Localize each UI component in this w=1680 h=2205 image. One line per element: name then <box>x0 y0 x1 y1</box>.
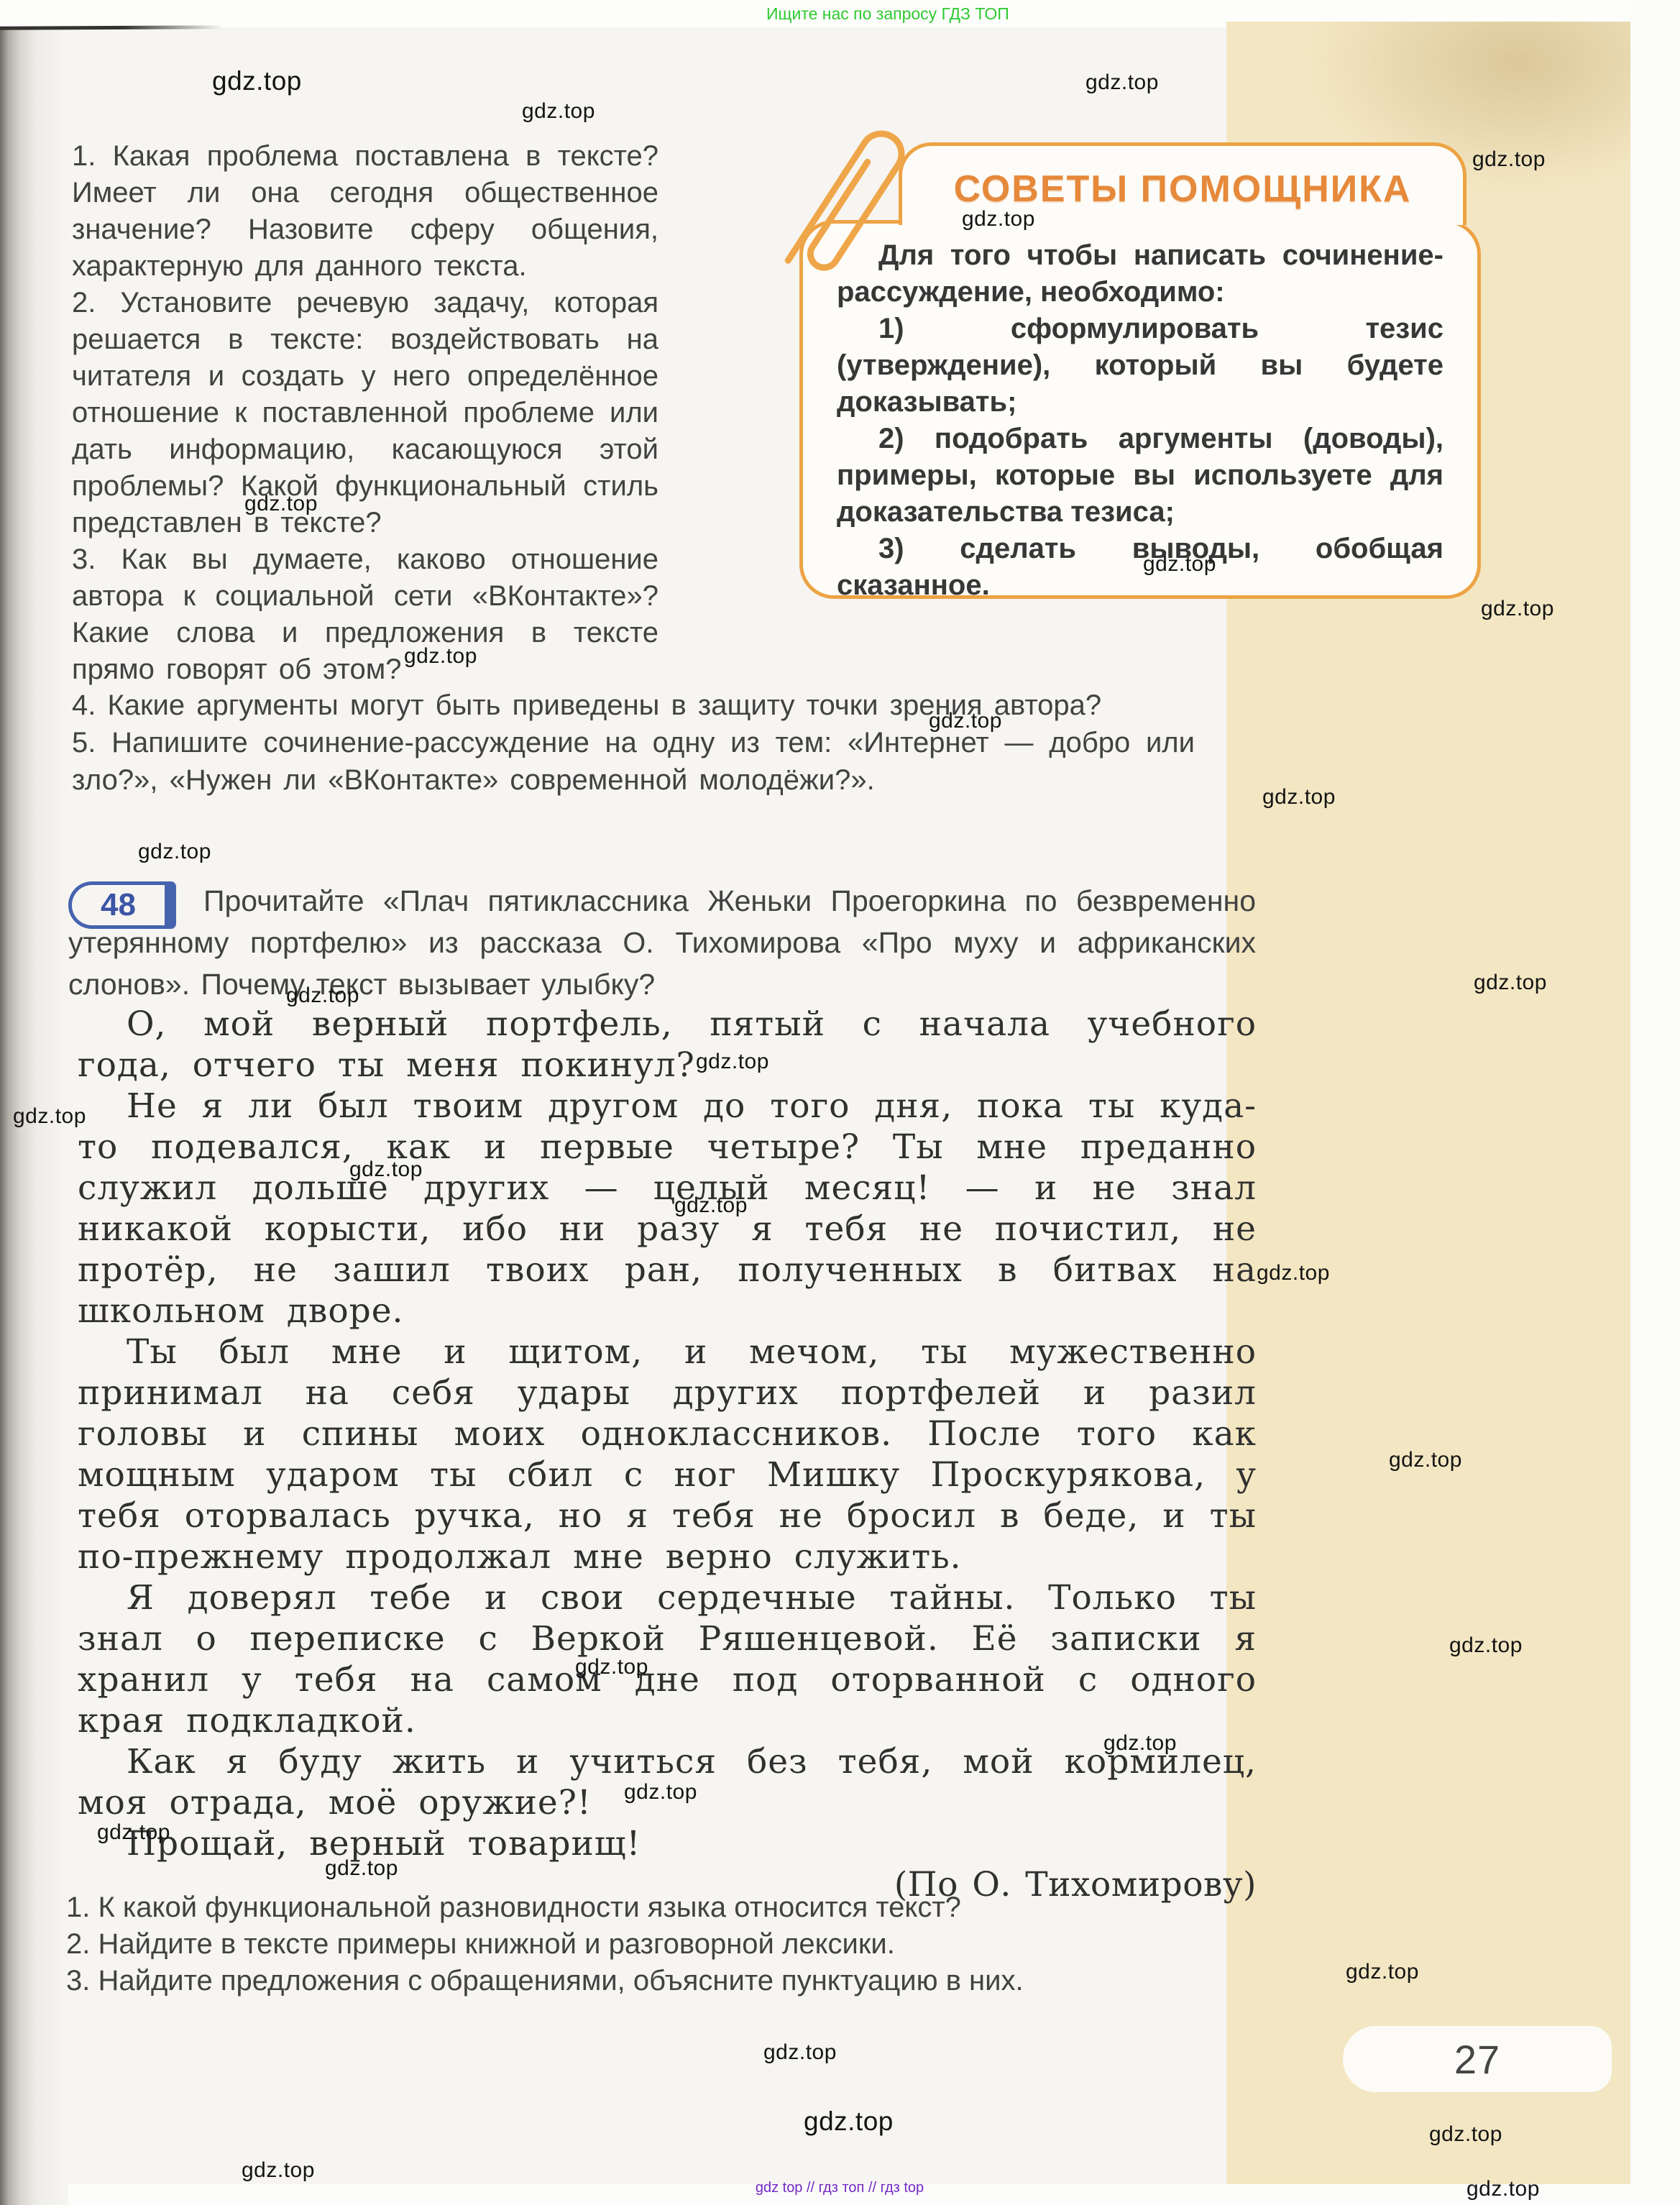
question-item: 2. Найдите в тексте примеры книжной и ра… <box>66 1926 1288 1963</box>
helper-box-body: Для того чтобы написать сочинение-рассуж… <box>837 237 1443 604</box>
watermark: gdz.top <box>1429 2122 1502 2147</box>
watermark: gdz.top <box>1262 785 1336 810</box>
helper-box-item: 1) сформулировать тезис (утверждение), к… <box>837 311 1443 421</box>
watermark: gdz.top <box>522 99 595 124</box>
question-item: 2. Установите речевую задачу, которая ре… <box>72 285 658 541</box>
watermark: gdz.top <box>1466 2177 1540 2201</box>
helper-box-item: 3) сделать выводы, обобщая сказанное. <box>837 531 1443 604</box>
helper-box-item: 2) подобрать аргументы (доводы), примеры… <box>837 421 1443 531</box>
question-item: 1. Какая проблема поставлена в тексте? И… <box>72 138 658 285</box>
question-item: 3. Как вы думаете, каково отношение авто… <box>72 541 658 688</box>
reading-paragraph: Прощай, верный товарищ! <box>78 1823 1257 1864</box>
watermark: gdz.top <box>1449 1633 1523 1658</box>
watermark: gdz.top <box>624 1780 697 1805</box>
question-item: 4. Какие аргументы могут быть приведены … <box>72 687 1195 724</box>
exercise-intro: Прочитайте «Плач пятиклассника Женьки Пр… <box>68 880 1256 1005</box>
reading-paragraph: Я доверял тебе и свои сердечные тайны. Т… <box>78 1577 1257 1741</box>
exercise-number-badge: 48 <box>68 881 176 929</box>
helper-advice-box: СОВЕТЫ ПОМОЩНИКА Для того чтобы написать… <box>799 142 1481 599</box>
watermark: gdz.top <box>325 1856 398 1881</box>
watermark: gdz.top <box>97 1820 170 1845</box>
question-item: 3. Найдите предложения с обращениями, об… <box>66 1963 1288 1999</box>
watermark: gdz.top <box>696 1050 769 1074</box>
watermark: gdz.top <box>1143 552 1216 577</box>
watermark: gdz.top <box>286 984 359 1008</box>
reading-paragraph: О, мой верный портфель, пятый с начала у… <box>78 1004 1257 1086</box>
watermark: gdz.top <box>404 644 477 669</box>
watermark: gdz.top <box>349 1157 423 1182</box>
questions-bottom: 1. К какой функциональной разновидности … <box>66 1889 1288 1999</box>
watermark: gdz.top <box>212 66 302 96</box>
watermark: gdz.top <box>929 709 1002 733</box>
watermark: gdz.top <box>674 1193 748 1218</box>
footer-watermark-line: gdz top // гдз топ // гдз top <box>624 2180 1055 2196</box>
reading-text: О, мой верный портфель, пятый с начала у… <box>78 1004 1257 1905</box>
reading-paragraph: Не я ли был твоим другом до того дня, по… <box>78 1086 1257 1331</box>
watermark: gdz.top <box>138 840 211 864</box>
helper-box-intro: Для того чтобы написать сочинение-рассуж… <box>837 237 1443 311</box>
watermark: gdz.top <box>1481 597 1554 621</box>
watermark: gdz.top <box>1472 147 1546 172</box>
watermark: gdz.top <box>1346 1960 1419 1984</box>
promo-text: Ищите нас по запросу ГДЗ ТОП <box>766 4 1140 24</box>
watermark: gdz.top <box>962 207 1035 231</box>
watermark: gdz.top <box>1085 70 1159 95</box>
exercise-number: 48 <box>101 887 136 923</box>
watermark: gdz.top <box>1474 971 1547 995</box>
page-number-pill: 27 <box>1343 2026 1612 2092</box>
watermark: gdz.top <box>244 492 318 516</box>
page-number: 27 <box>1454 2036 1500 2083</box>
watermark: gdz.top <box>1257 1261 1330 1285</box>
scanned-textbook-page: { "promo": { "text": "Ищите нас по запро… <box>0 0 1680 2205</box>
watermark: gdz.top <box>1389 1448 1462 1472</box>
watermark: gdz.top <box>804 2107 894 2137</box>
watermark: gdz.top <box>242 2158 315 2183</box>
questions-top-column: 1. Какая проблема поставлена в тексте? И… <box>72 138 658 688</box>
reading-paragraph: Ты был мне и щитом, и мечом, ты мужестве… <box>78 1331 1257 1577</box>
scan-right-margin <box>1630 0 1680 2205</box>
page-top-edge-line <box>0 25 223 30</box>
question-item: 1. К какой функциональной разновидности … <box>66 1889 1288 1926</box>
question-item: 5. Напишите сочинение-рассуждение на одн… <box>72 724 1195 799</box>
watermark: gdz.top <box>763 2040 837 2065</box>
watermark: gdz.top <box>1103 1731 1177 1756</box>
questions-top-wide: 4. Какие аргументы могут быть приведены … <box>72 687 1195 799</box>
watermark: gdz.top <box>575 1655 648 1679</box>
watermark: gdz.top <box>13 1104 86 1129</box>
helper-box-title: СОВЕТЫ ПОМОЩНИКА <box>954 168 1412 211</box>
